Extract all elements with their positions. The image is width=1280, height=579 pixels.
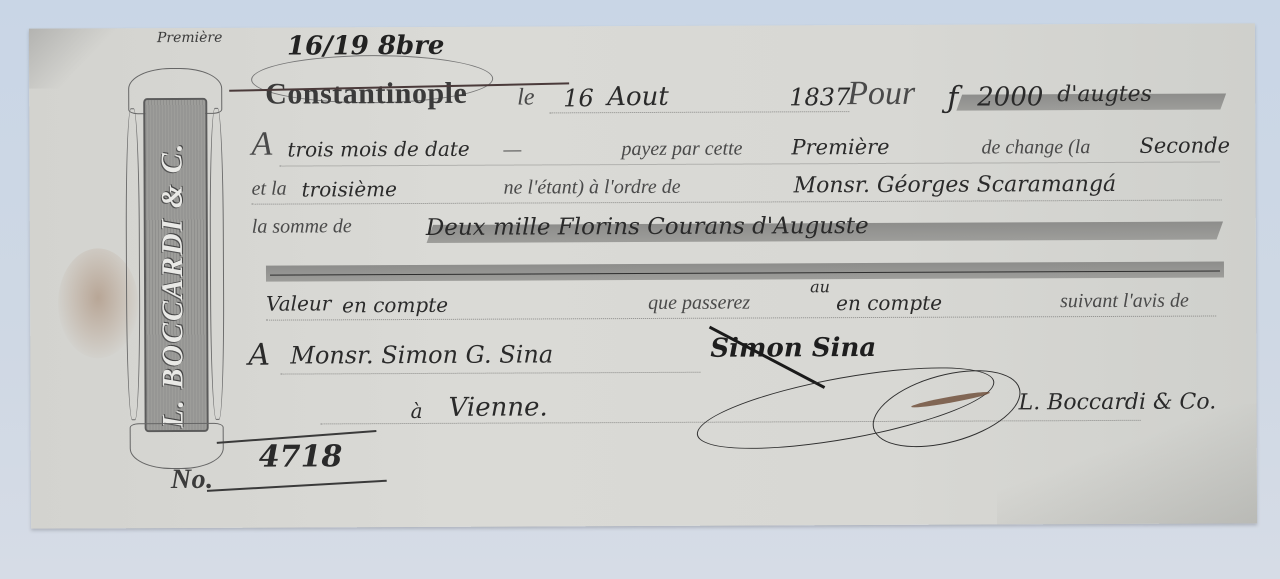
addressee-name: Monsr. Simon G. Sina xyxy=(290,340,553,369)
amount-symbol: ƒ xyxy=(947,81,958,116)
crossed-signature: Simon Sina xyxy=(710,333,876,364)
line4-en-compte: en compte xyxy=(342,293,448,317)
ornament-bottom xyxy=(130,423,224,469)
line4-valeur: Valeur xyxy=(266,291,331,315)
term: trois mois de date xyxy=(287,137,469,162)
vignette-firm-name: L. BOCCARDI & C. xyxy=(155,98,192,428)
sum-label: la somme de xyxy=(252,215,352,238)
date-year: 1837 xyxy=(789,83,850,111)
line2-rule xyxy=(252,199,1222,204)
line2-troisieme: troisième xyxy=(302,177,397,201)
line2-et-la: et la xyxy=(252,178,287,201)
date-rule xyxy=(549,111,849,113)
firm-signature: L. Boccardi & Co. xyxy=(1019,390,1217,416)
line1-text: payez par cette xyxy=(621,138,742,162)
addressee-rule xyxy=(280,372,700,375)
line1-a: A xyxy=(251,126,272,164)
amount-currency: d'augtes xyxy=(1057,82,1152,107)
line1-de-change: de change (la xyxy=(981,136,1090,159)
line4-suivant: suivant l'avis de xyxy=(1060,290,1189,314)
date-month: Aout xyxy=(607,82,669,112)
date-prefix: le xyxy=(517,84,534,111)
amount-words: Deux mille Florins Courans d'Auguste xyxy=(426,213,869,241)
place: Constantinople xyxy=(265,77,467,112)
line1-seconde: Seconde xyxy=(1139,133,1230,157)
date-day: 16 xyxy=(563,84,594,112)
amount-figure: 2000 xyxy=(977,82,1043,112)
line2-ne-letant: ne l'étant) à l'ordre de xyxy=(504,176,681,200)
paper-shadow xyxy=(997,403,1258,524)
line4-en-compte-2: en compte xyxy=(836,291,942,315)
engraved-vignette: L. BOCCARDI & C. xyxy=(125,68,225,468)
city: Vienne. xyxy=(449,392,548,422)
line1-rule xyxy=(280,161,1220,166)
ornament-side xyxy=(209,108,224,420)
line1-copy: Première xyxy=(791,135,889,159)
payee: Monsr. Géorges Scaramangá xyxy=(794,172,1117,198)
addressee-prefix: A xyxy=(248,338,270,373)
pour-label: Pour xyxy=(847,75,915,113)
bill-of-exchange: L. BOCCARDI & C. Première 16/19 8bre Con… xyxy=(29,23,1257,528)
city-prefix: à xyxy=(411,399,423,423)
line1-dash: — xyxy=(503,139,521,162)
ornament-side xyxy=(125,108,140,420)
line4-que-passerez: que passerez xyxy=(648,292,750,315)
number-value: 4718 xyxy=(259,439,343,474)
copy-label: Première xyxy=(157,30,222,46)
paper-shadow xyxy=(29,28,119,88)
number-rule-bottom xyxy=(207,480,387,492)
line4-inserted: au xyxy=(810,277,830,296)
